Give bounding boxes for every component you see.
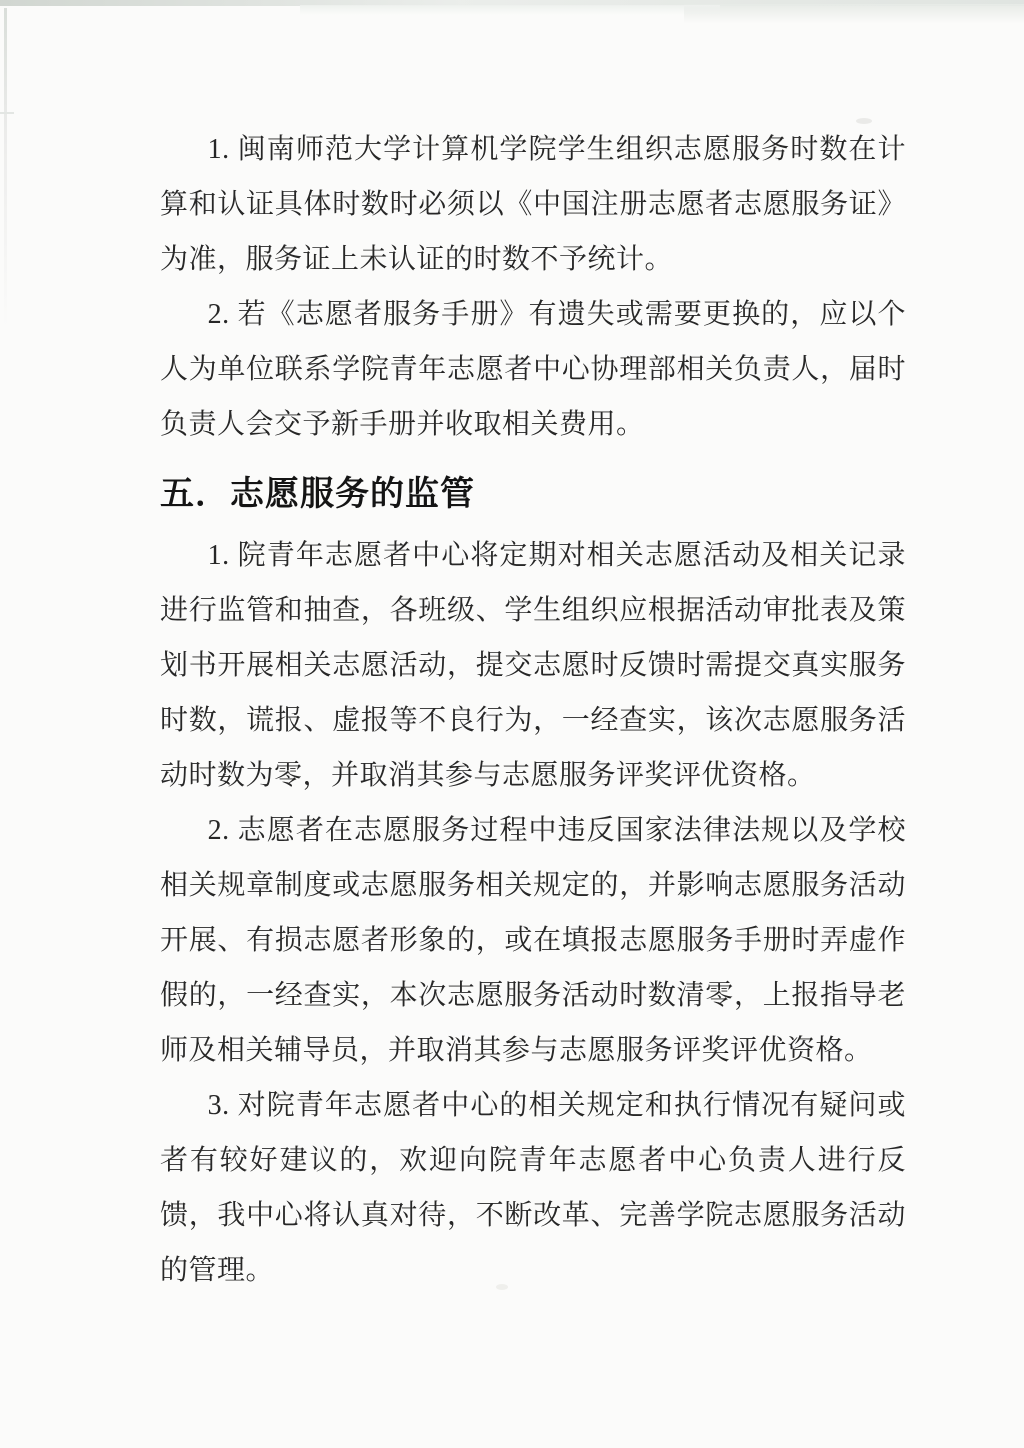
section-heading-supervision: 五．志愿服务的监管 — [160, 468, 906, 520]
section-paragraph-1: 1. 院青年志愿者中心将定期对相关志愿活动及相关记录进行监管和抽查，各班级、学生… — [160, 528, 906, 803]
section-paragraph-2: 2. 志愿者在志愿服务过程中违反国家法律法规以及学校相关规章制度或志愿服务相关规… — [160, 803, 906, 1078]
intro-paragraph-2: 2. 若《志愿者服务手册》有遗失或需要更换的，应以个人为单位联系学院青年志愿者中… — [160, 287, 906, 452]
document-content: 1. 闽南师范大学计算机学院学生组织志愿服务时数在计算和认证具体时数时必须以《中… — [160, 122, 906, 1298]
scan-artifact-top-middle-shadow — [300, 5, 720, 15]
scanned-document-page: 1. 闽南师范大学计算机学院学生组织志愿服务时数在计算和认证具体时数时必须以《中… — [0, 0, 1024, 1448]
scan-artifact-left-edge — [4, 8, 7, 328]
scan-artifact-corner-mark — [0, 112, 14, 114]
scan-artifact-top-right-shadow — [684, 4, 1024, 24]
intro-paragraph-1: 1. 闽南师范大学计算机学院学生组织志愿服务时数在计算和认证具体时数时必须以《中… — [160, 122, 906, 287]
section-paragraph-3: 3. 对院青年志愿者中心的相关规定和执行情况有疑问或者有较好建议的，欢迎向院青年… — [160, 1078, 906, 1298]
